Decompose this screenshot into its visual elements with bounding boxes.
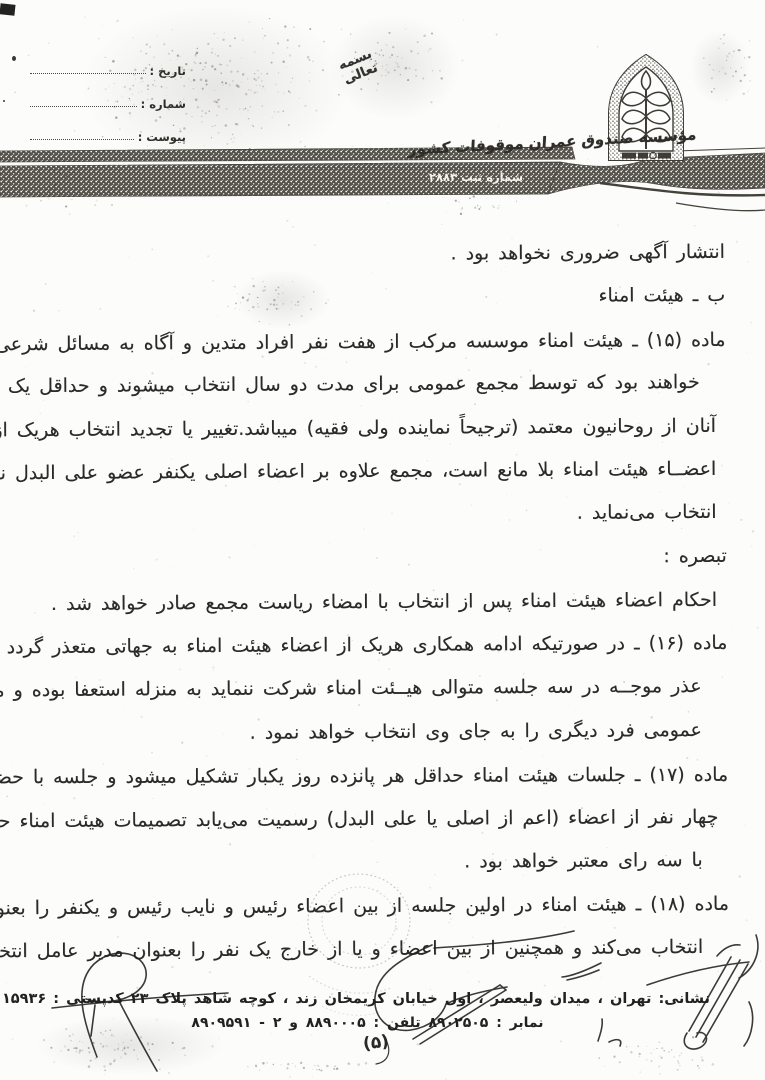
scan-corner-mark [0,3,16,16]
number-field-label: شماره : [137,97,186,111]
registration-number-label: شماره ثبت ۲۸۸۳ [420,170,532,188]
body-line: تبصره : [30,535,727,583]
date-field-line [30,73,146,74]
body-line: چهار نفر از اعضاء (اعم از اصلی یا علی ال… [31,796,728,844]
page-number: (۵) [349,1030,403,1056]
body-line: عمومی فرد دیگری را به جای وی انتخاب خواه… [31,709,728,757]
scan-speck [3,100,5,102]
letterhead-fields: تاریخ : شماره : پیوست : [30,56,186,155]
attachment-field-row: پیوست : [30,122,186,144]
date-field-row: تاریخ : [30,56,186,78]
body-line: آنان از روحانیون معتمد (ترجیحاً نماینده … [29,405,726,453]
body-line: اعضــاء هیئت امناء بلا مانع است، مجمع عل… [29,448,726,496]
scan-speck [12,56,16,61]
scanned-document-page: شماره ثبت ۲۸۸۳ تاریخ : شماره : پیوست : ب… [0,0,765,1080]
body-line: انتخاب می‌کند و همچنین از بین اعضاء و یا… [32,926,729,974]
body-line: ماده (۱۸) ـ هیئت امناء در اولین جلسه از … [32,882,729,930]
body-line: خواهند بود که توسط مجمع عمومی برای مدت د… [29,361,726,409]
scan-smudge [690,30,750,105]
bismillah-calligraphy: بسمه تعالی [332,45,384,89]
attachment-field-label: پیوست : [134,130,186,144]
body-line: ب ـ هیئت امناء [28,274,725,322]
body-line: با سه رای معتبر خواهد بود . [31,839,728,887]
document-body: انتشار آگهی ضروری نخواهد بود . ب ـ هیئت … [28,231,729,974]
date-field-label: تاریخ : [146,64,186,78]
body-line: ماده (۱۶) ـ در صورتیکه ادامه همکاری هریک… [30,622,727,670]
body-line: ماده (۱۵) ـ هیئت امناء موسسه مرکب از هفت… [28,319,725,367]
number-field-line [30,106,137,107]
body-line: احکام اعضاء هیئت امناء پس از انتخاب با ا… [30,578,727,626]
footer-address: نشانی: تهران ، میدان ولیعصر ، اول خیابان… [55,991,710,1007]
number-field-row: شماره : [30,89,186,111]
attachment-field-line [30,139,134,140]
body-line: انتخاب می‌نماید . [29,490,726,538]
body-line: عذر موجــه در سه جلسه متوالی هیــئت امنا… [30,665,727,713]
org-emblem-icon [596,52,696,172]
body-line: ماده (۱۷) ـ جلسات هیئت امناء حداقل هر پا… [31,754,728,800]
footer-phone-fax: نمابر : ۸۹۰۲۵۰۵ تلفن : ۸۸۹۰۰۰۵ و ۲ - ۸۹۰… [120,1015,615,1031]
body-line: انتشار آگهی ضروری نخواهد بود . [28,231,725,279]
